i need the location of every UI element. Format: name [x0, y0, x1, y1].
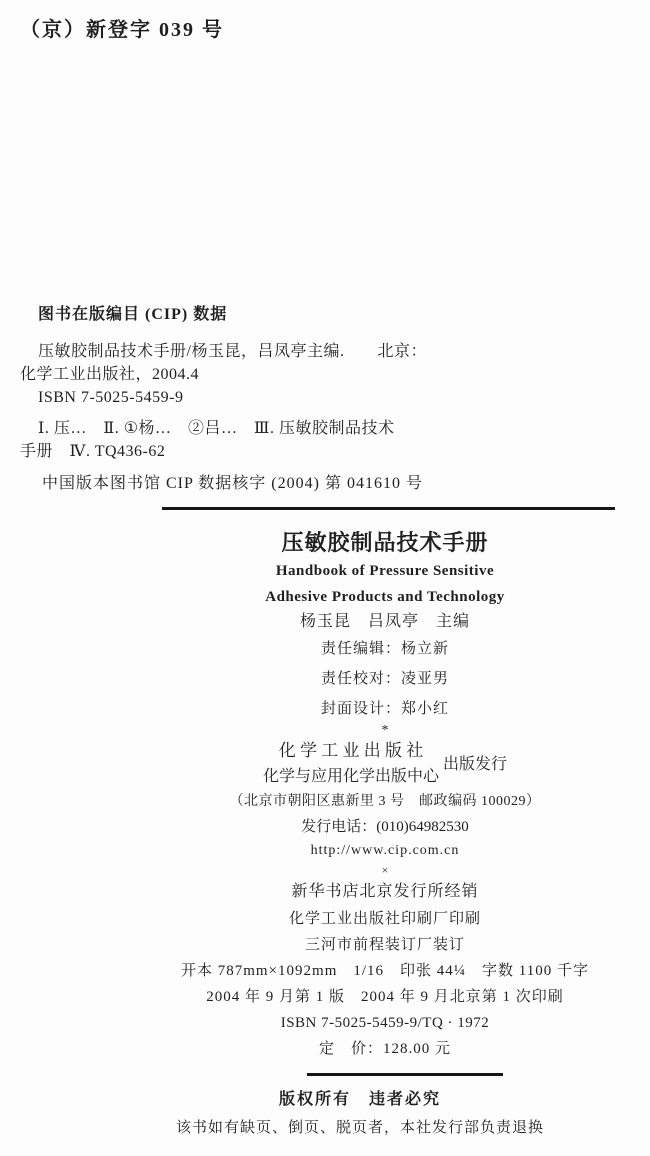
edition-printing-line: 2004 年 9 月第 1 版 2004 年 9 月北京第 1 次印刷: [120, 984, 650, 1010]
register-number-line: （京）新登字 039 号: [20, 13, 224, 42]
distributor-line: 新华书店北京发行所经销: [120, 878, 650, 906]
cip-entry-line1: 压敏胶制品技术手册/杨玉昆，吕凤亭主编. 北京：: [0, 340, 650, 363]
responsible-editor: 责任编辑：杨立新: [120, 634, 650, 664]
cip-block: 图书在版编目 (CIP) 数据 压敏胶制品技术手册/杨玉昆，吕凤亭主编. 北京：…: [0, 303, 650, 495]
spacer: [0, 409, 650, 417]
publisher-name: 化 学 工 业 出 版 社: [263, 738, 439, 764]
separator-rule-top: [162, 507, 615, 510]
publisher-address: （北京市朝阳区惠新里 3 号 邮政编码 100029）: [120, 790, 650, 814]
cross-separator: ×: [120, 862, 650, 878]
price-line: 定 价：128.00 元: [120, 1036, 650, 1062]
printer-line: 化学工业出版社印刷厂印刷: [120, 906, 650, 932]
cover-designer: 封面设计：郑小红: [120, 694, 650, 724]
copyright-statement: 版权所有 违者必究: [35, 1088, 650, 1112]
publisher-imprint: 化 学 工 业 出 版 社 化学与应用化学出版中心 出版发行: [120, 738, 650, 790]
cip-classification-line1: Ⅰ. 压… Ⅱ. ①杨… ②吕… Ⅲ. 压敏胶制品技术: [0, 417, 650, 440]
chief-editors: 杨玉昆 吕凤亭 主编: [120, 610, 650, 634]
publish-distribute-label: 出版发行: [443, 751, 507, 774]
cip-classification-line2: 手册 Ⅳ. TQ436-62: [0, 440, 650, 463]
book-copyright-page: { "register_line": "（京）新登字 039 号", "cip"…: [0, 0, 650, 1156]
format-spec-line: 开本 787mm×1092mm 1/16 印张 44¼ 字数 1100 千字: [120, 958, 650, 984]
binder-line: 三河市前程装订厂装订: [120, 932, 650, 958]
imprint-block: 压敏胶制品技术手册 Handbook of Pressure Sensitive…: [120, 528, 650, 1062]
responsible-proofreader: 责任校对：凌亚男: [120, 664, 650, 694]
cip-isbn: ISBN 7-5025-5459-9: [0, 386, 650, 409]
return-policy-notice: 该书如有缺页、倒页、脱页者，本社发行部负责退换: [35, 1112, 650, 1144]
separator-rule-bottom: [307, 1073, 503, 1076]
publisher-names: 化 学 工 业 出 版 社 化学与应用化学出版中心: [263, 738, 439, 790]
asterisk-separator: *: [120, 724, 650, 738]
cip-entry-line2: 化学工业出版社，2004.4: [0, 363, 650, 386]
copyright-footer: 版权所有 违者必究 该书如有缺页、倒页、脱页者，本社发行部负责退换: [35, 1088, 650, 1144]
book-title-en-line1: Handbook of Pressure Sensitive: [120, 558, 650, 584]
publishing-center: 化学与应用化学出版中心: [263, 764, 439, 790]
book-title-en-line2: Adhesive Products and Technology: [120, 584, 650, 610]
isbn-line: ISBN 7-5025-5459-9/TQ · 1972: [120, 1010, 650, 1036]
book-title-cn: 压敏胶制品技术手册: [120, 528, 650, 558]
cip-record-number: 中国版本图书馆 CIP 数据核字 (2004) 第 041610 号: [0, 472, 650, 495]
cip-header: 图书在版编目 (CIP) 数据: [0, 303, 650, 327]
distribution-phone: 发行电话：(010)64982530: [120, 814, 650, 840]
publisher-website: http://www.cip.com.cn: [120, 840, 650, 862]
